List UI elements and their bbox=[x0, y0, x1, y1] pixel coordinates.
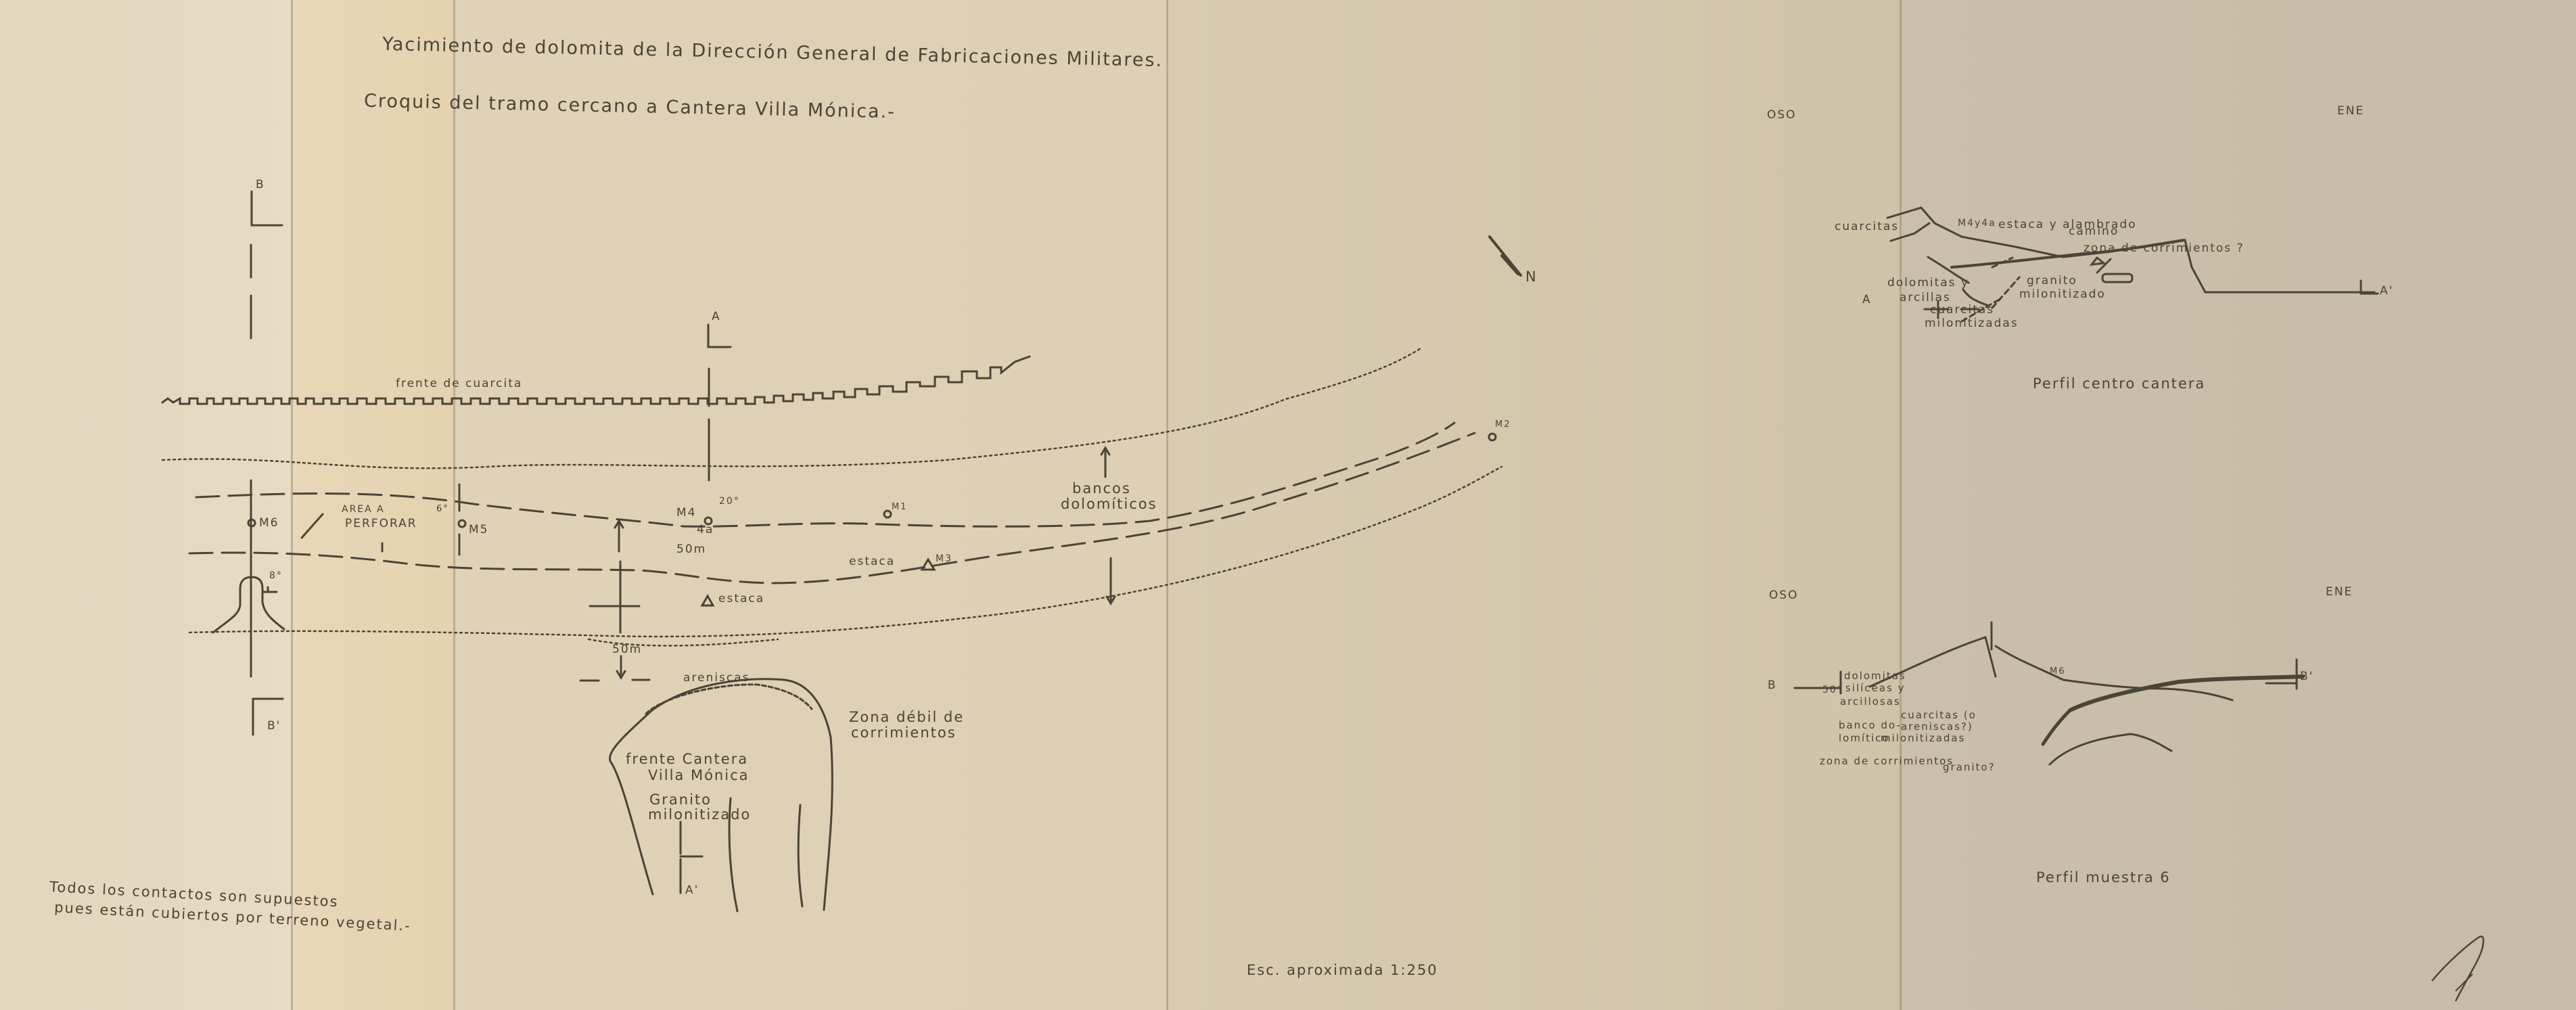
label-granite-2: milonitizado bbox=[648, 806, 751, 823]
label-granite-1: Granito bbox=[649, 791, 712, 808]
profile-b-west: OSO bbox=[1769, 589, 1799, 602]
quarry-small-outline bbox=[213, 577, 284, 633]
sample-m4: M4 bbox=[676, 506, 696, 520]
label-drill-area-1: AREA A bbox=[342, 504, 385, 515]
label-stake: estaca bbox=[718, 592, 764, 605]
pa-label-dolomites-1: dolomitas y bbox=[1887, 276, 1969, 290]
profile-b-east: ENE bbox=[2326, 585, 2353, 599]
marker-a-prime: A' bbox=[685, 883, 699, 897]
marker-a: A bbox=[712, 310, 721, 323]
signature bbox=[2429, 934, 2503, 1008]
pa-label-samples: M4y4a bbox=[1958, 218, 1996, 229]
label-stake-m3: estaca bbox=[849, 555, 895, 568]
marker-b: B bbox=[256, 178, 265, 191]
label-quarry-1: frente Cantera bbox=[626, 751, 748, 767]
profile-b-marker-start: B bbox=[1768, 679, 1777, 692]
pa-label-thrust-zone: zona de corrimientos ? bbox=[2084, 242, 2245, 255]
scale-label: Esc. aproximada 1:250 bbox=[1247, 962, 1438, 978]
profile-a-marker-start: A bbox=[1862, 293, 1872, 306]
sample-m3: M3 bbox=[936, 553, 952, 564]
label-quarry-2: Villa Mónica bbox=[648, 767, 749, 783]
pa-label-dolomites-2: arcillas bbox=[1900, 291, 1951, 304]
sample-m1: M1 bbox=[892, 502, 908, 512]
label-drill-area-2: PERFORAR bbox=[345, 517, 417, 530]
sample-m4a: 4a bbox=[697, 523, 714, 536]
profile-a-east: ENE bbox=[2337, 104, 2364, 118]
pb-label-quartz-2: areniscas?) bbox=[1901, 720, 1973, 733]
profile-a-marker-end: A' bbox=[2380, 284, 2393, 298]
pb-label-bank-1: banco do- bbox=[1839, 719, 1902, 731]
profile-b-marker-end: B' bbox=[2300, 670, 2314, 683]
pb-label-thrust-zone: zona de corrimientos bbox=[1820, 755, 1954, 767]
dip-m5: 6° bbox=[436, 504, 449, 514]
label-sandstones: areniscas bbox=[683, 671, 750, 685]
sketch-drawing bbox=[0, 0, 2576, 1010]
north-arrow-icon bbox=[1490, 237, 1521, 275]
pb-label-dip: 50° bbox=[1822, 685, 1843, 695]
pb-label-quartz-3: milonitizadas bbox=[1881, 732, 1965, 744]
dotted-contact-lower bbox=[189, 467, 1502, 637]
dashed-contact-1 bbox=[196, 423, 1454, 526]
pb-label-granite: granito? bbox=[1943, 761, 1996, 773]
sample-m6: M6 bbox=[259, 516, 279, 530]
section-marker-b bbox=[251, 191, 283, 735]
pa-label-road: camino bbox=[2069, 225, 2119, 238]
label-quartzite-front: frente de cuarcita bbox=[396, 377, 522, 390]
label-distance-2: 50m bbox=[612, 643, 642, 656]
pb-label-dolomites-3: arcillosas bbox=[1840, 695, 1901, 708]
sample-m5: M5 bbox=[469, 523, 488, 536]
pb-label-dolomites-2: silíceas y bbox=[1845, 682, 1905, 694]
marker-b-prime: B' bbox=[267, 719, 281, 733]
dip-m6: 8° bbox=[269, 570, 283, 581]
profile-a-west: OSO bbox=[1767, 108, 1797, 122]
label-distance-1: 50m bbox=[676, 543, 706, 556]
label-dolomitic-banks-1: bancos bbox=[1072, 480, 1131, 497]
quartzite-front-line bbox=[162, 357, 1030, 404]
label-weak-zone-1: Zona débil de bbox=[849, 709, 964, 725]
profile-a-caption: Perfil centro cantera bbox=[2033, 375, 2205, 392]
pa-label-mylonite-q-2: milonitizadas bbox=[1925, 317, 2019, 330]
quarry-outline bbox=[610, 679, 833, 911]
dotted-contact-upper bbox=[162, 348, 1421, 468]
label-weak-zone-2: corrimientos bbox=[851, 725, 957, 741]
pb-label-sample: M6 bbox=[2050, 666, 2066, 676]
pa-label-mylonite-q-1: cuarcitas bbox=[1930, 303, 1994, 317]
pa-label-granite-1: granito bbox=[2027, 274, 2077, 288]
dip-m4: 20° bbox=[719, 496, 740, 507]
pa-label-granite-2: milonitizado bbox=[2019, 288, 2106, 301]
profile-b-caption: Perfil muestra 6 bbox=[2036, 869, 2171, 886]
pb-label-dolomites-1: dolomitas bbox=[1844, 670, 1906, 682]
north-label: N bbox=[1525, 269, 1538, 285]
sample-m2: M2 bbox=[1495, 419, 1511, 430]
pb-label-quartz-1: cuarcitas (o bbox=[1901, 709, 1977, 721]
label-dolomitic-banks-2: dolomíticos bbox=[1061, 496, 1157, 512]
pa-label-quartzites: cuarcitas bbox=[1835, 220, 1899, 233]
